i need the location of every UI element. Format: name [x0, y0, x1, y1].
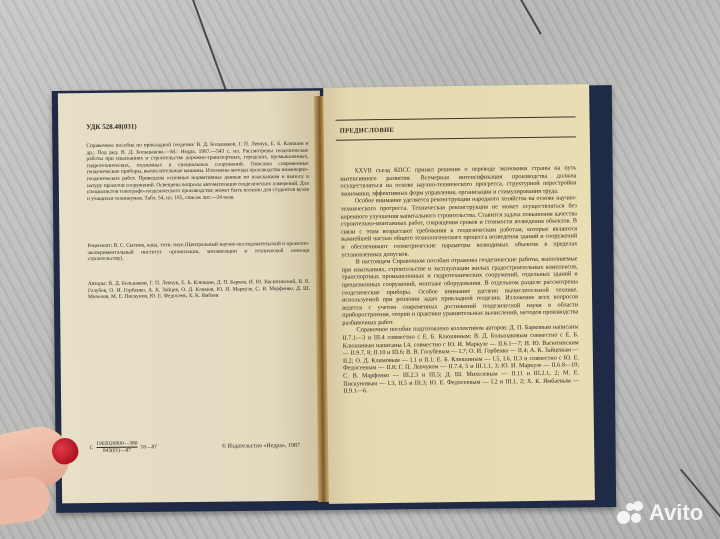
code-fraction: 1902020000—380 043(01)—87	[96, 441, 137, 454]
avito-logo-icon	[617, 501, 645, 525]
copyright: © Издательство «Недра», 1987	[222, 443, 301, 450]
preface-paragraph: Особое внимание уделяется реконструкции …	[341, 195, 578, 259]
authors-list: Авторы: В. Д. Большаков, Г. П. Левчук, Е…	[88, 279, 310, 301]
code-suffix: 18—87	[140, 444, 157, 450]
bibliographic-annotation: Справочное пособие по прикладной геодези…	[86, 141, 309, 203]
right-page: ПРЕДИСЛОВИЕ XXVII съезд КПСС принял реше…	[323, 84, 595, 504]
avito-wordmark: Avito	[649, 500, 703, 526]
heading-rule-top	[336, 116, 576, 120]
heading-rule-bottom	[336, 136, 576, 140]
code-prefix: С	[90, 445, 94, 451]
preface-paragraph: В настоящем Справочном пособии отражены …	[341, 255, 578, 327]
page-heading: ПРЕДИСЛОВИЕ	[340, 127, 394, 135]
left-page: УДК 528.48(031) Справочное пособие по пр…	[58, 91, 324, 504]
code-denominator: 043(01)—87	[103, 448, 131, 454]
avito-watermark: Avito	[617, 500, 703, 526]
reviewer-note: Рецензент: В. С. Сытник, канд. техн. нау…	[87, 241, 309, 263]
catalog-code: С 1902020000—380 043(01)—87 18—87	[90, 440, 158, 454]
preface-paragraph: Справочное пособие подготовлено коллекти…	[342, 324, 579, 396]
preface-body: XXVII съезд КПСС принял решение о перево…	[340, 164, 579, 395]
udk-code: УДК 528.48(031)	[86, 123, 137, 132]
preface-paragraph: XXVII съезд КПСС принял решение о перево…	[340, 164, 576, 198]
